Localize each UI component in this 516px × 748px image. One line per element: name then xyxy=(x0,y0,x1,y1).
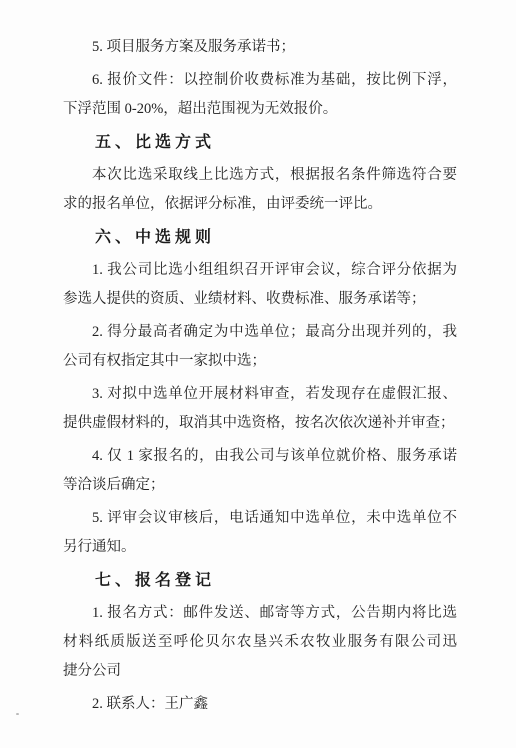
document-body: 5. 项目服务方案及服务承诺书；6. 报价文件：以控制价收费标准为基础，按比例下… xyxy=(63,33,457,719)
section-heading: 五、比选方式 xyxy=(63,128,457,157)
paragraph: 1. 报名方式：邮件发送、邮寄等方式，公告期内将比选材料纸质版送至呼伦贝尔农垦兴… xyxy=(63,599,457,686)
paragraph-line: 等洽谈后确定； xyxy=(63,471,457,500)
paragraph-line: 4. 仅 1 家报名的，由我公司与该单位就价格、服务承诺 xyxy=(63,442,457,471)
paragraph-line: 捷分公司 xyxy=(63,657,457,686)
paragraph: 2. 得分最高者确定为中选单位；最高分出现并列的，我公司有权指定其中一家拟中选； xyxy=(63,318,457,376)
scan-speck xyxy=(16,713,19,715)
paragraph: 3. 对拟中选单位开展材料审查，若发现存在虚假汇报、提供虚假材料的，取消其中选资… xyxy=(63,380,457,438)
section: 七、报名登记 xyxy=(63,566,457,595)
paragraph-line: 1. 报名方式：邮件发送、邮寄等方式，公告期内将比选 xyxy=(63,599,457,628)
paragraph-line: 3. 对拟中选单位开展材料审查，若发现存在虚假汇报、 xyxy=(63,380,457,409)
paragraph-line: 2. 得分最高者确定为中选单位；最高分出现并列的，我 xyxy=(63,318,457,347)
paragraph-line: 公司有权指定其中一家拟中选； xyxy=(63,347,457,376)
paragraph-line: 5. 评审会议审核后，电话通知中选单位，未中选单位不 xyxy=(63,504,457,533)
paragraph: 1. 我公司比选小组组织召开评审会议，综合评分依据为参选人提供的资质、业绩材料、… xyxy=(63,256,457,314)
section: 六、中选规则 xyxy=(63,223,457,252)
paragraph: 5. 评审会议审核后，电话通知中选单位，未中选单位不另行通知。 xyxy=(63,504,457,562)
paragraph: 2. 联系人：王广鑫 xyxy=(63,690,457,719)
paragraph-line: 2. 联系人：王广鑫 xyxy=(63,690,457,719)
paragraph: 5. 项目服务方案及服务承诺书； xyxy=(63,33,457,62)
paragraph-line: 1. 我公司比选小组组织召开评审会议，综合评分依据为 xyxy=(63,256,457,285)
paragraph-line: 另行通知。 xyxy=(63,533,457,562)
paragraph-line: 下浮范围 0-20%，超出范围视为无效报价。 xyxy=(63,95,457,124)
paragraph: 4. 仅 1 家报名的，由我公司与该单位就价格、服务承诺等洽谈后确定； xyxy=(63,442,457,500)
paragraph-line: 6. 报价文件：以控制价收费标准为基础，按比例下浮， xyxy=(63,66,457,95)
paragraph-line: 提供虚假材料的，取消其中选资格，按名次依次递补并审查； xyxy=(63,409,457,438)
document-page: 5. 项目服务方案及服务承诺书；6. 报价文件：以控制价收费标准为基础，按比例下… xyxy=(0,0,516,748)
paragraph-line: 本次比选采取线上比选方式，根据报名条件筛选符合要 xyxy=(63,161,457,190)
paragraph-line: 参选人提供的资质、业绩材料、收费标准、服务承诺等； xyxy=(63,285,457,314)
paragraph-line: 5. 项目服务方案及服务承诺书； xyxy=(63,33,457,62)
paragraph-line: 材料纸质版送至呼伦贝尔农垦兴禾农牧业服务有限公司迅 xyxy=(63,628,457,657)
paragraph: 本次比选采取线上比选方式，根据报名条件筛选符合要求的报名单位，依据评分标准，由评… xyxy=(63,161,457,219)
section: 五、比选方式 xyxy=(63,128,457,157)
section-heading: 七、报名登记 xyxy=(63,566,457,595)
section-heading: 六、中选规则 xyxy=(63,223,457,252)
paragraph: 6. 报价文件：以控制价收费标准为基础，按比例下浮，下浮范围 0-20%，超出范… xyxy=(63,66,457,124)
paragraph-line: 求的报名单位，依据评分标准，由评委统一评比。 xyxy=(63,190,457,219)
